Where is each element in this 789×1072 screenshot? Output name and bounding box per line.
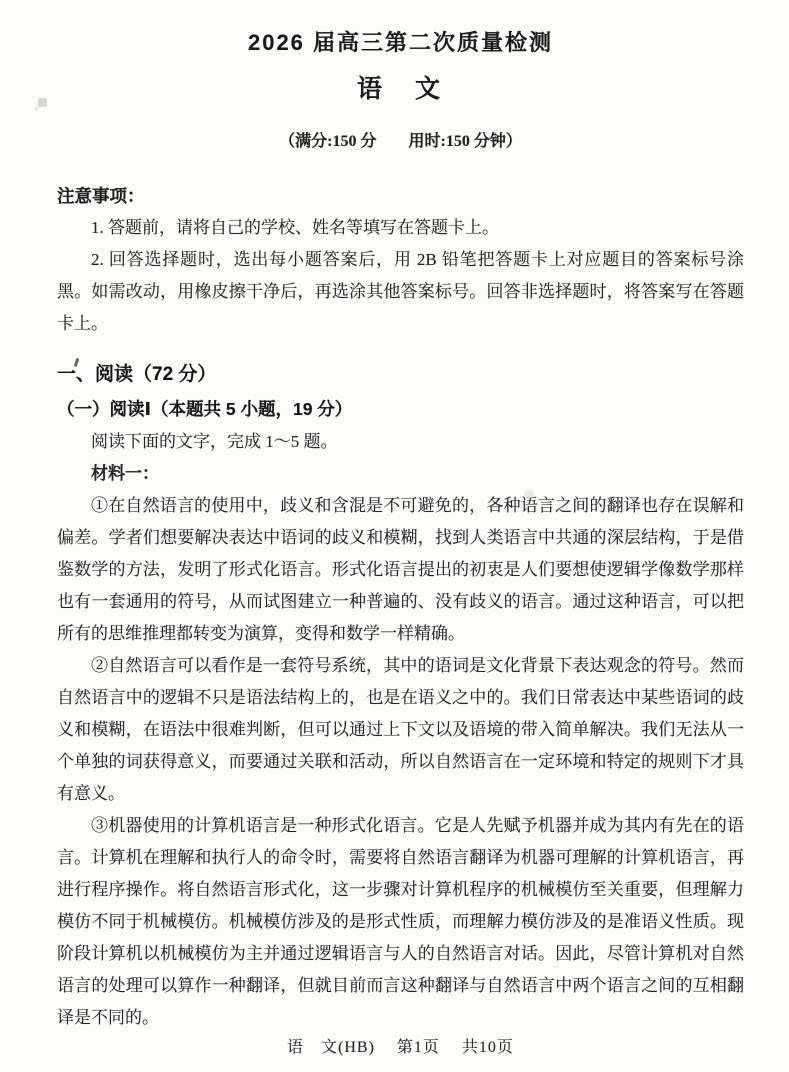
exam-meta: （满分:150 分 用时:150 分钟） — [57, 130, 744, 154]
scan-artifact — [38, 98, 47, 107]
material-label: 材料一： — [57, 458, 744, 490]
part-heading: （一）阅读Ⅰ（本题共 5 小题，19 分） — [57, 392, 744, 426]
reading-instruction: 阅读下面的文字，完成 1～5 题。 — [57, 426, 744, 458]
reading-section: 一、阅读（72 分） （一）阅读Ⅰ（本题共 5 小题，19 分） 阅读下面的文字… — [57, 358, 744, 1034]
section-heading: 一、阅读（72 分） — [57, 358, 744, 392]
page-footer: 语 文(HB) 第1页 共10页 — [57, 1036, 744, 1060]
exam-paper-page: 2026 届高三第二次质量检测 语 文 （满分:150 分 用时:150 分钟）… — [0, 0, 789, 1072]
material-paragraph: ②自然语言可以看作是一套符号系统，其中的语词是文化背景下表达观念的符号。然而自然… — [57, 650, 744, 810]
notice-item: 1. 答题前，请将自己的学校、姓名等填写在答题卡上。 — [57, 212, 744, 244]
material-paragraph: ①在自然语言的使用中，歧义和含混是不可避免的，各种语言之间的翻译也存在误解和偏差… — [57, 490, 744, 650]
notice-heading: 注意事项： — [57, 180, 744, 212]
page-title: 2026 届高三第二次质量检测 — [57, 30, 744, 56]
subject-title: 语 文 — [57, 74, 744, 104]
notice-item: 2. 回答选择题时，选出每小题答案后，用 2B 铅笔把答题卡上对应题目的答案标号… — [57, 244, 744, 340]
notice-section: 注意事项： 1. 答题前，请将自己的学校、姓名等填写在答题卡上。 2. 回答选择… — [57, 180, 744, 340]
material-paragraph: ③机器使用的计算机语言是一种形式化语言。它是人先赋予机器并成为其内有先在的语言。… — [57, 810, 744, 1034]
